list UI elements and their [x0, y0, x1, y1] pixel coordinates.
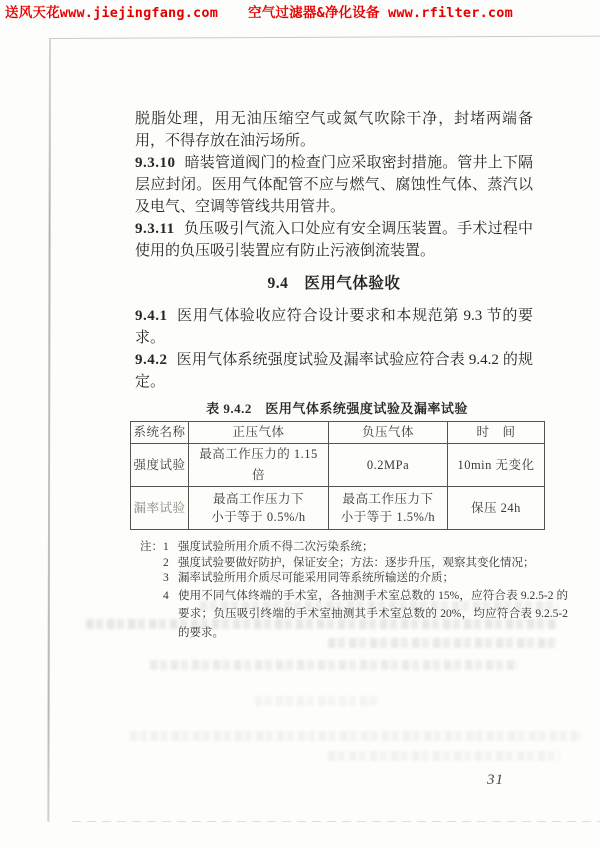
- bleed-through-line: [328, 751, 560, 761]
- scanned-document-page: 送风天花www.jiejingfang.com空气过滤器&净化设备 www.rf…: [0, 0, 600, 849]
- bleed-through-line: [150, 660, 518, 670]
- paragraph-text: 脱脂处理，用无油压缩空气或氮气吹除干净，封堵两端备用，不得存放在油污场所。: [135, 111, 533, 149]
- page-content: 脱脂处理，用无油压缩空气或氮气吹除干净，封堵两端备用，不得存放在油污场所。 9.…: [135, 108, 533, 643]
- note-text: 使用不同气体终端的手术室，各抽测手术室总数的 15%，应符合表 9.2.5-2 …: [178, 587, 568, 643]
- watermark-right-text: 空气过滤器&净化设备 www.rfilter.com: [248, 5, 513, 21]
- note-text: 漏率试验所用介质尽可能采用同等系统所输送的介质；: [178, 571, 568, 586]
- cell-leak-label: 漏率试验: [131, 487, 189, 530]
- table-header-system-name: 系统名称: [131, 422, 189, 444]
- note-item-2: 2 强度试验要做好防护，保证安全；方法：逐步升压，观察其变化情况；: [163, 556, 568, 571]
- clause-number: 9.3.10: [135, 155, 176, 171]
- note-number: 2: [163, 556, 178, 571]
- note-number: 3: [163, 571, 178, 586]
- clause-9-3-10: 9.3.10暗装管道阀门的检查门应采取密封措施。管井上下隔层应封闭。医用气体配管…: [135, 152, 533, 218]
- cell-leak-positive: 最高工作压力下 小于等于 0.5%/h: [189, 487, 329, 530]
- note-item-3: 3 漏率试验所用介质尽可能采用同等系统所输送的介质；: [163, 571, 568, 586]
- cell-strength-positive: 最高工作压力的 1.15 倍: [189, 444, 329, 487]
- cell-leak-time: 保压 24h: [448, 487, 545, 530]
- table-header-row: 系统名称 正压气体 负压气体 时 间: [131, 422, 545, 444]
- table-row-strength-test: 强度试验 最高工作压力的 1.15 倍 0.2MPa 10min 无变化: [131, 444, 545, 487]
- bleed-through-line: [255, 696, 380, 706]
- bleed-through-line: [86, 619, 558, 629]
- clause-text: 医用气体系统强度试验及漏率试验应符合表 9.4.2 的规定。: [135, 352, 533, 390]
- clause-9-3-11: 9.3.11负压吸引气流入口处应有安全调压装置。手术过程中使用的负压吸引装置应有…: [135, 218, 533, 262]
- bleed-through-line: [328, 638, 556, 648]
- cell-strength-label: 强度试验: [131, 444, 189, 487]
- cell-leak-negative: 最高工作压力下 小于等于 1.5%/h: [329, 487, 448, 530]
- clause-number: 9.3.11: [135, 221, 175, 237]
- page-edge-top: [49, 36, 600, 39]
- clause-text: 负压吸引气流入口处应有安全调压装置。手术过程中使用的负压吸引装置应有防止污液倒流…: [135, 221, 533, 259]
- clause-9-4-1: 9.4.1医用气体验收应符合设计要求和本规范第 9.3 节的要求。: [135, 305, 533, 349]
- table-header-positive-gas: 正压气体: [189, 422, 329, 444]
- cell-strength-negative: 0.2MPa: [329, 444, 448, 487]
- page-edge-bottom: [72, 821, 600, 822]
- cell-strength-time: 10min 无变化: [448, 444, 545, 487]
- page-number: 31: [487, 772, 504, 789]
- table-header-negative-gas: 负压气体: [329, 422, 448, 444]
- watermark-header: 送风天花www.jiejingfang.com空气过滤器&净化设备 www.rf…: [5, 1, 513, 21]
- page-edge-left: [47, 38, 51, 822]
- clause-text: 医用气体验收应符合设计要求和本规范第 9.3 节的要求。: [135, 308, 533, 346]
- note-number: 4: [163, 587, 178, 643]
- watermark-left-text: 送风天花www.jiejingfang.com: [5, 5, 218, 21]
- note-item-1: 1 强度试验所用介质不得二次污染系统；: [163, 540, 568, 555]
- strength-leak-test-table: 系统名称 正压气体 负压气体 时 间 强度试验 最高工作压力的 1.15 倍 0…: [130, 421, 545, 530]
- clause-9-4-2: 9.4.2医用气体系统强度试验及漏率试验应符合表 9.4.2 的规定。: [135, 349, 533, 393]
- note-item-4: 4 使用不同气体终端的手术室，各抽测手术室总数的 15%，应符合表 9.2.5-…: [163, 587, 568, 643]
- clause-text: 暗装管道阀门的检查门应采取密封措施。管井上下隔层应封闭。医用气体配管不应与燃气、…: [135, 155, 533, 215]
- table-header-time: 时 间: [448, 422, 545, 444]
- table-row-leak-test: 漏率试验 最高工作压力下 小于等于 0.5%/h 最高工作压力下 小于等于 1.…: [131, 487, 545, 530]
- note-number: 1: [163, 540, 178, 555]
- paragraph-continuation: 脱脂处理，用无油压缩空气或氮气吹除干净，封堵两端备用，不得存放在油污场所。: [135, 108, 533, 152]
- bleed-through-line: [130, 731, 582, 741]
- note-text: 强度试验所用介质不得二次污染系统；: [178, 540, 568, 555]
- note-text: 强度试验要做好防护，保证安全；方法：逐步升压，观察其变化情况；: [178, 556, 568, 571]
- clause-number: 9.4.2: [135, 352, 168, 368]
- section-heading-9-4: 9.4 医用气体验收: [135, 273, 533, 295]
- notes-label: 注：: [140, 540, 163, 555]
- table-caption: 表 9.4.2 医用气体系统强度试验及漏率试验: [130, 399, 544, 419]
- clause-number: 9.4.1: [135, 308, 168, 324]
- bleed-through-line: [200, 601, 558, 611]
